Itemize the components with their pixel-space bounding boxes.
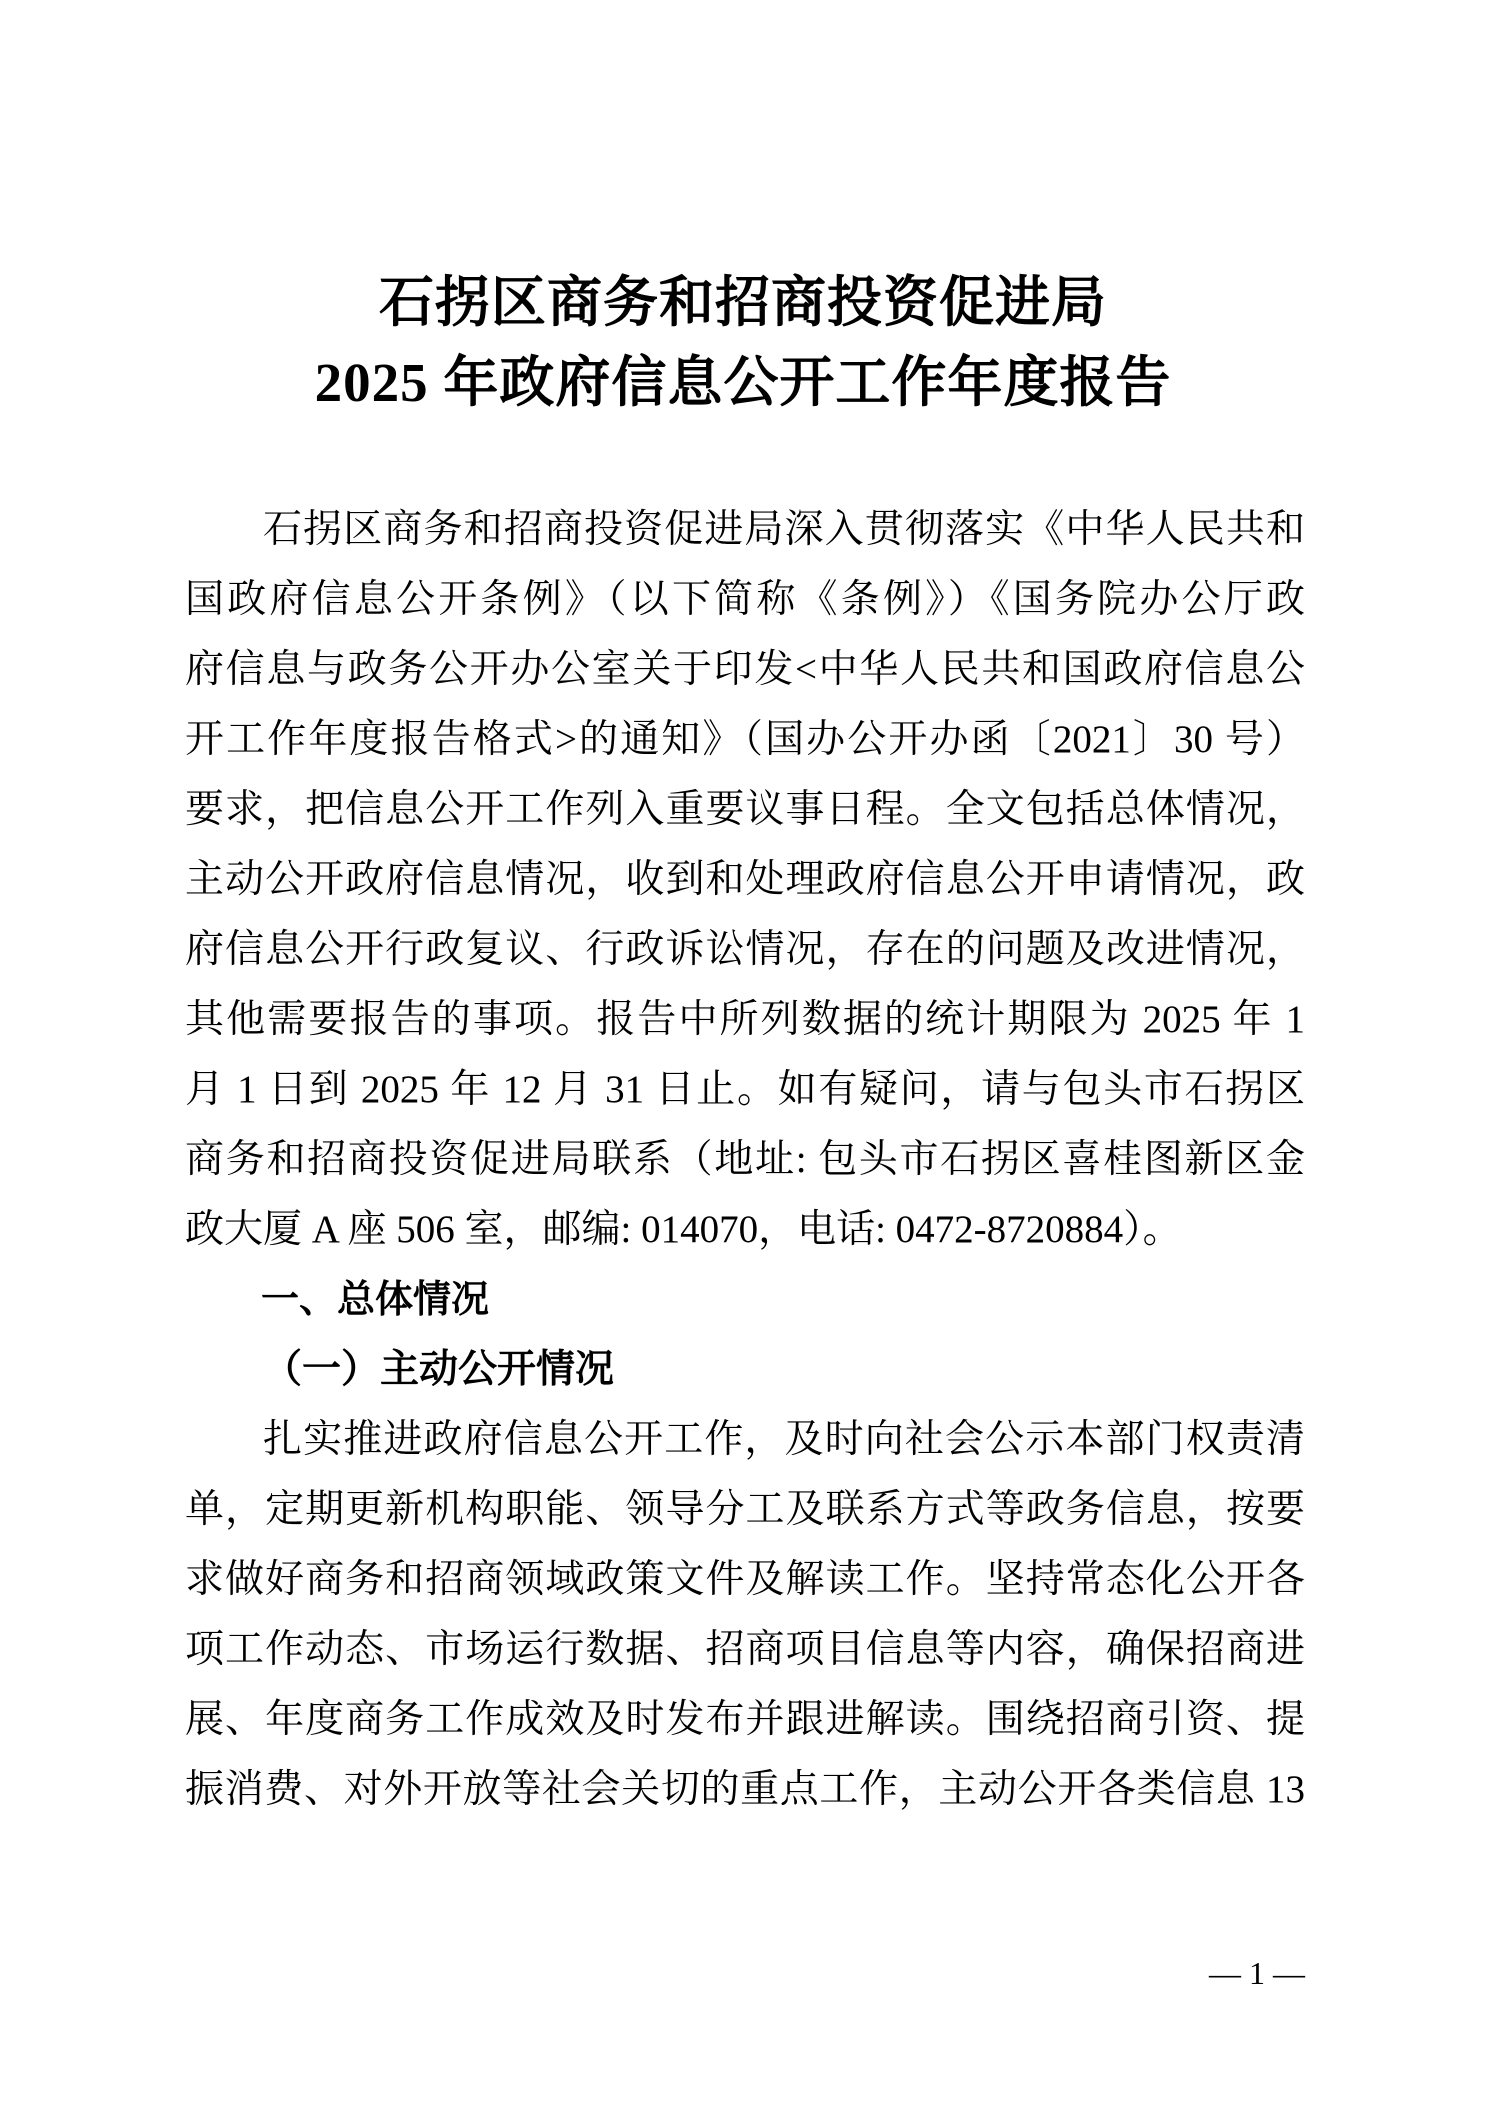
title-line-2: 2025 年政府信息公开工作年度报告 (0, 343, 1486, 423)
text-line: 振消费、对外开放等社会关切的重点工作，主动公开各类信息 13 (185, 1755, 1305, 1825)
text-line: 石拐区商务和招商投资促进局深入贯彻落实《中华人民共和 (185, 495, 1305, 565)
page-number: — 1 — (1209, 1955, 1305, 1991)
document-title: 石拐区商务和招商投资促进局 2025 年政府信息公开工作年度报告 (0, 263, 1486, 423)
document-page: 石拐区商务和招商投资促进局 2025 年政府信息公开工作年度报告 石拐区商务和招… (0, 0, 1486, 2103)
text-line: 扎实推进政府信息公开工作，及时向社会公示本部门权责清 (185, 1405, 1305, 1475)
text-line: 主动公开政府信息情况，收到和处理政府信息公开申请情况，政 (185, 845, 1305, 915)
document-body: 石拐区商务和招商投资促进局深入贯彻落实《中华人民共和国政府信息公开条例》（以下简… (185, 495, 1305, 1825)
text-line: 月 1 日到 2025 年 12 月 31 日止。如有疑问，请与包头市石拐区 (185, 1055, 1305, 1125)
text-line: 政大厦 A 座 506 室，邮编: 014070，电话: 0472-872088… (185, 1195, 1305, 1265)
title-line-1: 石拐区商务和招商投资促进局 (0, 263, 1486, 343)
text-line: 商务和招商投资促进局联系（地址: 包头市石拐区喜桂图新区金 (185, 1125, 1305, 1195)
subsection-heading: （一）主动公开情况 (185, 1335, 1305, 1405)
text-line: 展、年度商务工作成效及时发布并跟进解读。围绕招商引资、提 (185, 1685, 1305, 1755)
text-line: 府信息公开行政复议、行政诉讼情况，存在的问题及改进情况， (185, 915, 1305, 985)
text-line: 府信息与政务公开办公室关于印发<中华人民共和国政府信息公 (185, 635, 1305, 705)
text-line: 国政府信息公开条例》（以下简称《条例》）《国务院办公厅政 (185, 565, 1305, 635)
text-line: 求做好商务和招商领域政策文件及解读工作。坚持常态化公开各 (185, 1545, 1305, 1615)
text-line: 要求，把信息公开工作列入重要议事日程。全文包括总体情况， (185, 775, 1305, 845)
section-heading: 一、总体情况 (185, 1265, 1305, 1335)
text-line: 项工作动态、市场运行数据、招商项目信息等内容，确保招商进 (185, 1615, 1305, 1685)
page-footer: — 1 — (185, 1954, 1305, 1992)
text-line: 单，定期更新机构职能、领导分工及联系方式等政务信息，按要 (185, 1475, 1305, 1545)
text-line: 开工作年度报告格式>的通知》（国办公开办函〔2021〕30 号） (185, 705, 1305, 775)
text-line: 其他需要报告的事项。报告中所列数据的统计期限为 2025 年 1 (185, 985, 1305, 1055)
